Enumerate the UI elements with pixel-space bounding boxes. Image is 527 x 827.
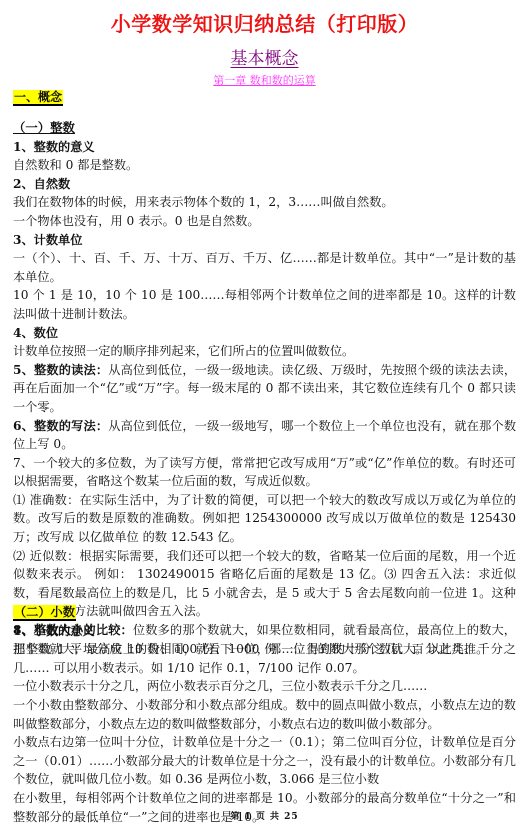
item-heading: 1、小数的意义 — [13, 622, 516, 641]
paragraph: 我们在数物体的时候，用来表示物体个数的 1，2，3……叫做自然数。 — [13, 193, 516, 212]
item-heading: 3、计数单位 — [13, 231, 516, 250]
paragraph: 一个物体也没有，用 0 表示。0 也是自然数。 — [13, 212, 516, 231]
paragraph: 计数单位按照一定的顺序排列起来，它们所占的位置叫做数位。 — [13, 342, 516, 361]
item-heading: 1、整数的意义 — [13, 138, 516, 157]
section-heading-concepts: 一、概念 — [13, 88, 63, 105]
item-heading: 2、自然数 — [13, 175, 516, 194]
document-subtitle: 基本概念 — [13, 44, 516, 69]
integers-section: （一）整数 1、整数的意义 自然数和 0 都是整数。 2、自然数 我们在数物体的… — [13, 119, 516, 658]
paragraph: 6、整数的写法：从高位到低位，一级一级地写，哪一个数位上一个单位也没有，就在那个… — [13, 417, 516, 454]
paragraph: ⑴ 准确数：在实际生活中，为了计数的简便，可以把一个较大的数改写成以万或亿为单位… — [13, 491, 516, 547]
paragraph: 一个小数由整数部分、小数部分和小数点部分组成。数中的圆点叫做小数点，小数点左边的… — [13, 696, 516, 733]
integers-heading: （一）整数 — [13, 120, 75, 135]
document-title: 小学数学知识归纳总结（打印版） — [13, 8, 516, 37]
item-heading: 4、数位 — [13, 324, 516, 343]
paragraph: 7、一个较大的多位数，为了读写方便，常常把它改写成用“万”或“亿”作单位的数。有… — [13, 454, 516, 491]
paragraph: 10 个 1 是 10，10 个 10 是 100……每相邻两个计数单位之间的进… — [13, 286, 516, 323]
paragraph: 自然数和 0 都是整数。 — [13, 156, 516, 175]
paragraph: 把整数 1 平均分成 10 份、100 份、1000 份…… 得到的十分之几、百… — [13, 640, 516, 677]
paragraph: 一（个）、十、百、千、万、十万、百万、千万、亿……都是计数单位。其中“一”是计数… — [13, 249, 516, 286]
decimals-section: （二）小数 1、小数的意义 把整数 1 平均分成 10 份、100 份、1000… — [13, 603, 516, 826]
paragraph: 5、整数的读法：从高位到低位，一级一级地读。读亿级、万级时，先按照个级的读法去读… — [13, 361, 516, 417]
decimals-heading: （二）小数 — [13, 605, 76, 621]
paragraph: 一位小数表示十分之几，两位小数表示百分之几，三位小数表示千分之几…… — [13, 677, 516, 696]
page-footer: 第 1 页 共 25 — [13, 809, 516, 822]
paragraph: 小数点右边第一位叫十分位，计数单位是十分之一（0.1）；第二位叫百分位，计数单位… — [13, 733, 516, 789]
chapter-heading: 第一章 数和数的运算 — [13, 72, 516, 88]
